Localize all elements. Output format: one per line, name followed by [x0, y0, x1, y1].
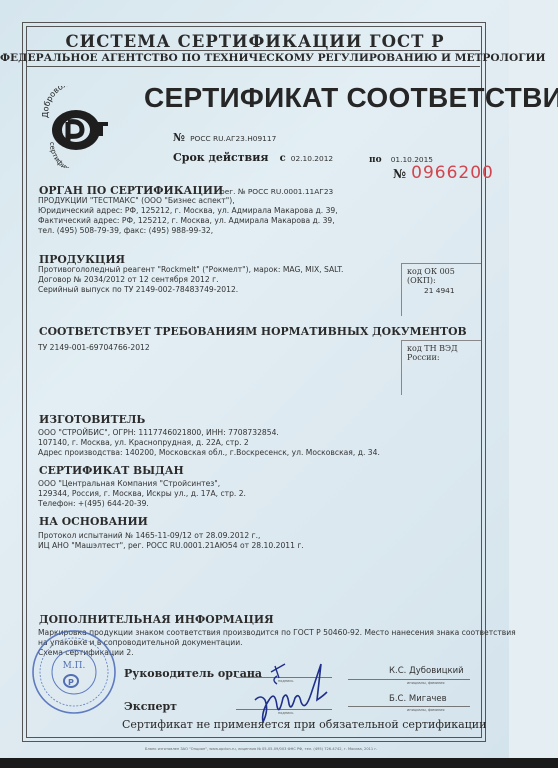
divider — [27, 50, 480, 51]
voluntary-certification-notice: Сертификат не применяется при обязательн… — [122, 718, 486, 731]
issued-to-details: ООО "Центральная Компания "Стройсинтез",… — [38, 479, 246, 509]
divider — [27, 66, 480, 67]
head-of-body-name: К.С. Дубовицкий — [389, 666, 464, 676]
blank-printer-info: Бланк изготовлен ЗАО "Опцион", www.opcio… — [145, 747, 377, 751]
section-title-basis: НА ОСНОВАНИИ — [39, 515, 148, 528]
expert-label: Эксперт — [124, 700, 177, 713]
section-title-conformity: СООТВЕТСТВУЕТ ТРЕБОВАНИЯМ НОРМАТИВНЫХ ДО… — [39, 325, 467, 338]
okp-code-box: код ОК 005 (ОКП): 21 4941 — [401, 263, 481, 316]
certification-system-heading: СИСТЕМА СЕРТИФИКАЦИИ ГОСТ Р — [0, 32, 510, 51]
agency-heading: ФЕДЕРАЛЬНОЕ АГЕНТСТВО ПО ТЕХНИЧЕСКОМУ РЕ… — [0, 52, 510, 64]
certification-body-reg: рег. № РОСС RU.0001.11АГ23 — [220, 187, 333, 196]
svg-text:P: P — [68, 678, 74, 687]
tnved-code-box: код ТН ВЭД России: — [401, 340, 481, 395]
head-name-line — [348, 679, 470, 680]
manufacturer-details: ООО "СТРОЙБИС", ОГРН: 1117746021800, ИНН… — [38, 428, 380, 458]
rst-voluntary-certification-logo-icon: Добровольная сертификация — [38, 86, 118, 168]
product-details: Противогололедный реагент "Rockmelt" ("Р… — [38, 265, 343, 295]
certificate-title: СЕРТИФИКАТ СООТВЕТСТВИЯ — [144, 82, 558, 114]
basis-details: Протокол испытаний № 1465-11-09/12 от 28… — [38, 531, 304, 551]
section-title-manufacturer: ИЗГОТОВИТЕЛЬ — [39, 413, 145, 426]
blank-number: № 0966200 — [393, 163, 494, 183]
conformity-documents: ТУ 2149-001-69704766-2012 — [38, 343, 150, 353]
registration-number: № РОСС RU.АГ23.Н09117 — [173, 126, 276, 145]
validity-period: Срок действия с 02.10.2012 — [173, 146, 333, 165]
svg-text:М.П.: М.П. — [63, 661, 86, 671]
section-title-issued-to: СЕРТИФИКАТ ВЫДАН — [39, 464, 184, 477]
official-seal-stamp-icon: М.П. P — [30, 628, 118, 716]
okp-code-value: 21 4941 — [424, 286, 481, 295]
section-title-additional-info: ДОПОЛНИТЕЛЬНАЯ ИНФОРМАЦИЯ — [39, 613, 274, 626]
head-of-body-label: Руководитель органа — [124, 667, 262, 680]
scan-bottom-edge — [0, 758, 558, 768]
expert-name: Б.С. Мигачев — [389, 694, 447, 704]
certification-body-details: ПРОДУКЦИИ "ТЕСТМАКС" (ООО "Бизнес аспект… — [38, 196, 338, 236]
valid-from-date: 02.10.2012 — [291, 154, 333, 163]
expert-name-line — [348, 706, 470, 707]
